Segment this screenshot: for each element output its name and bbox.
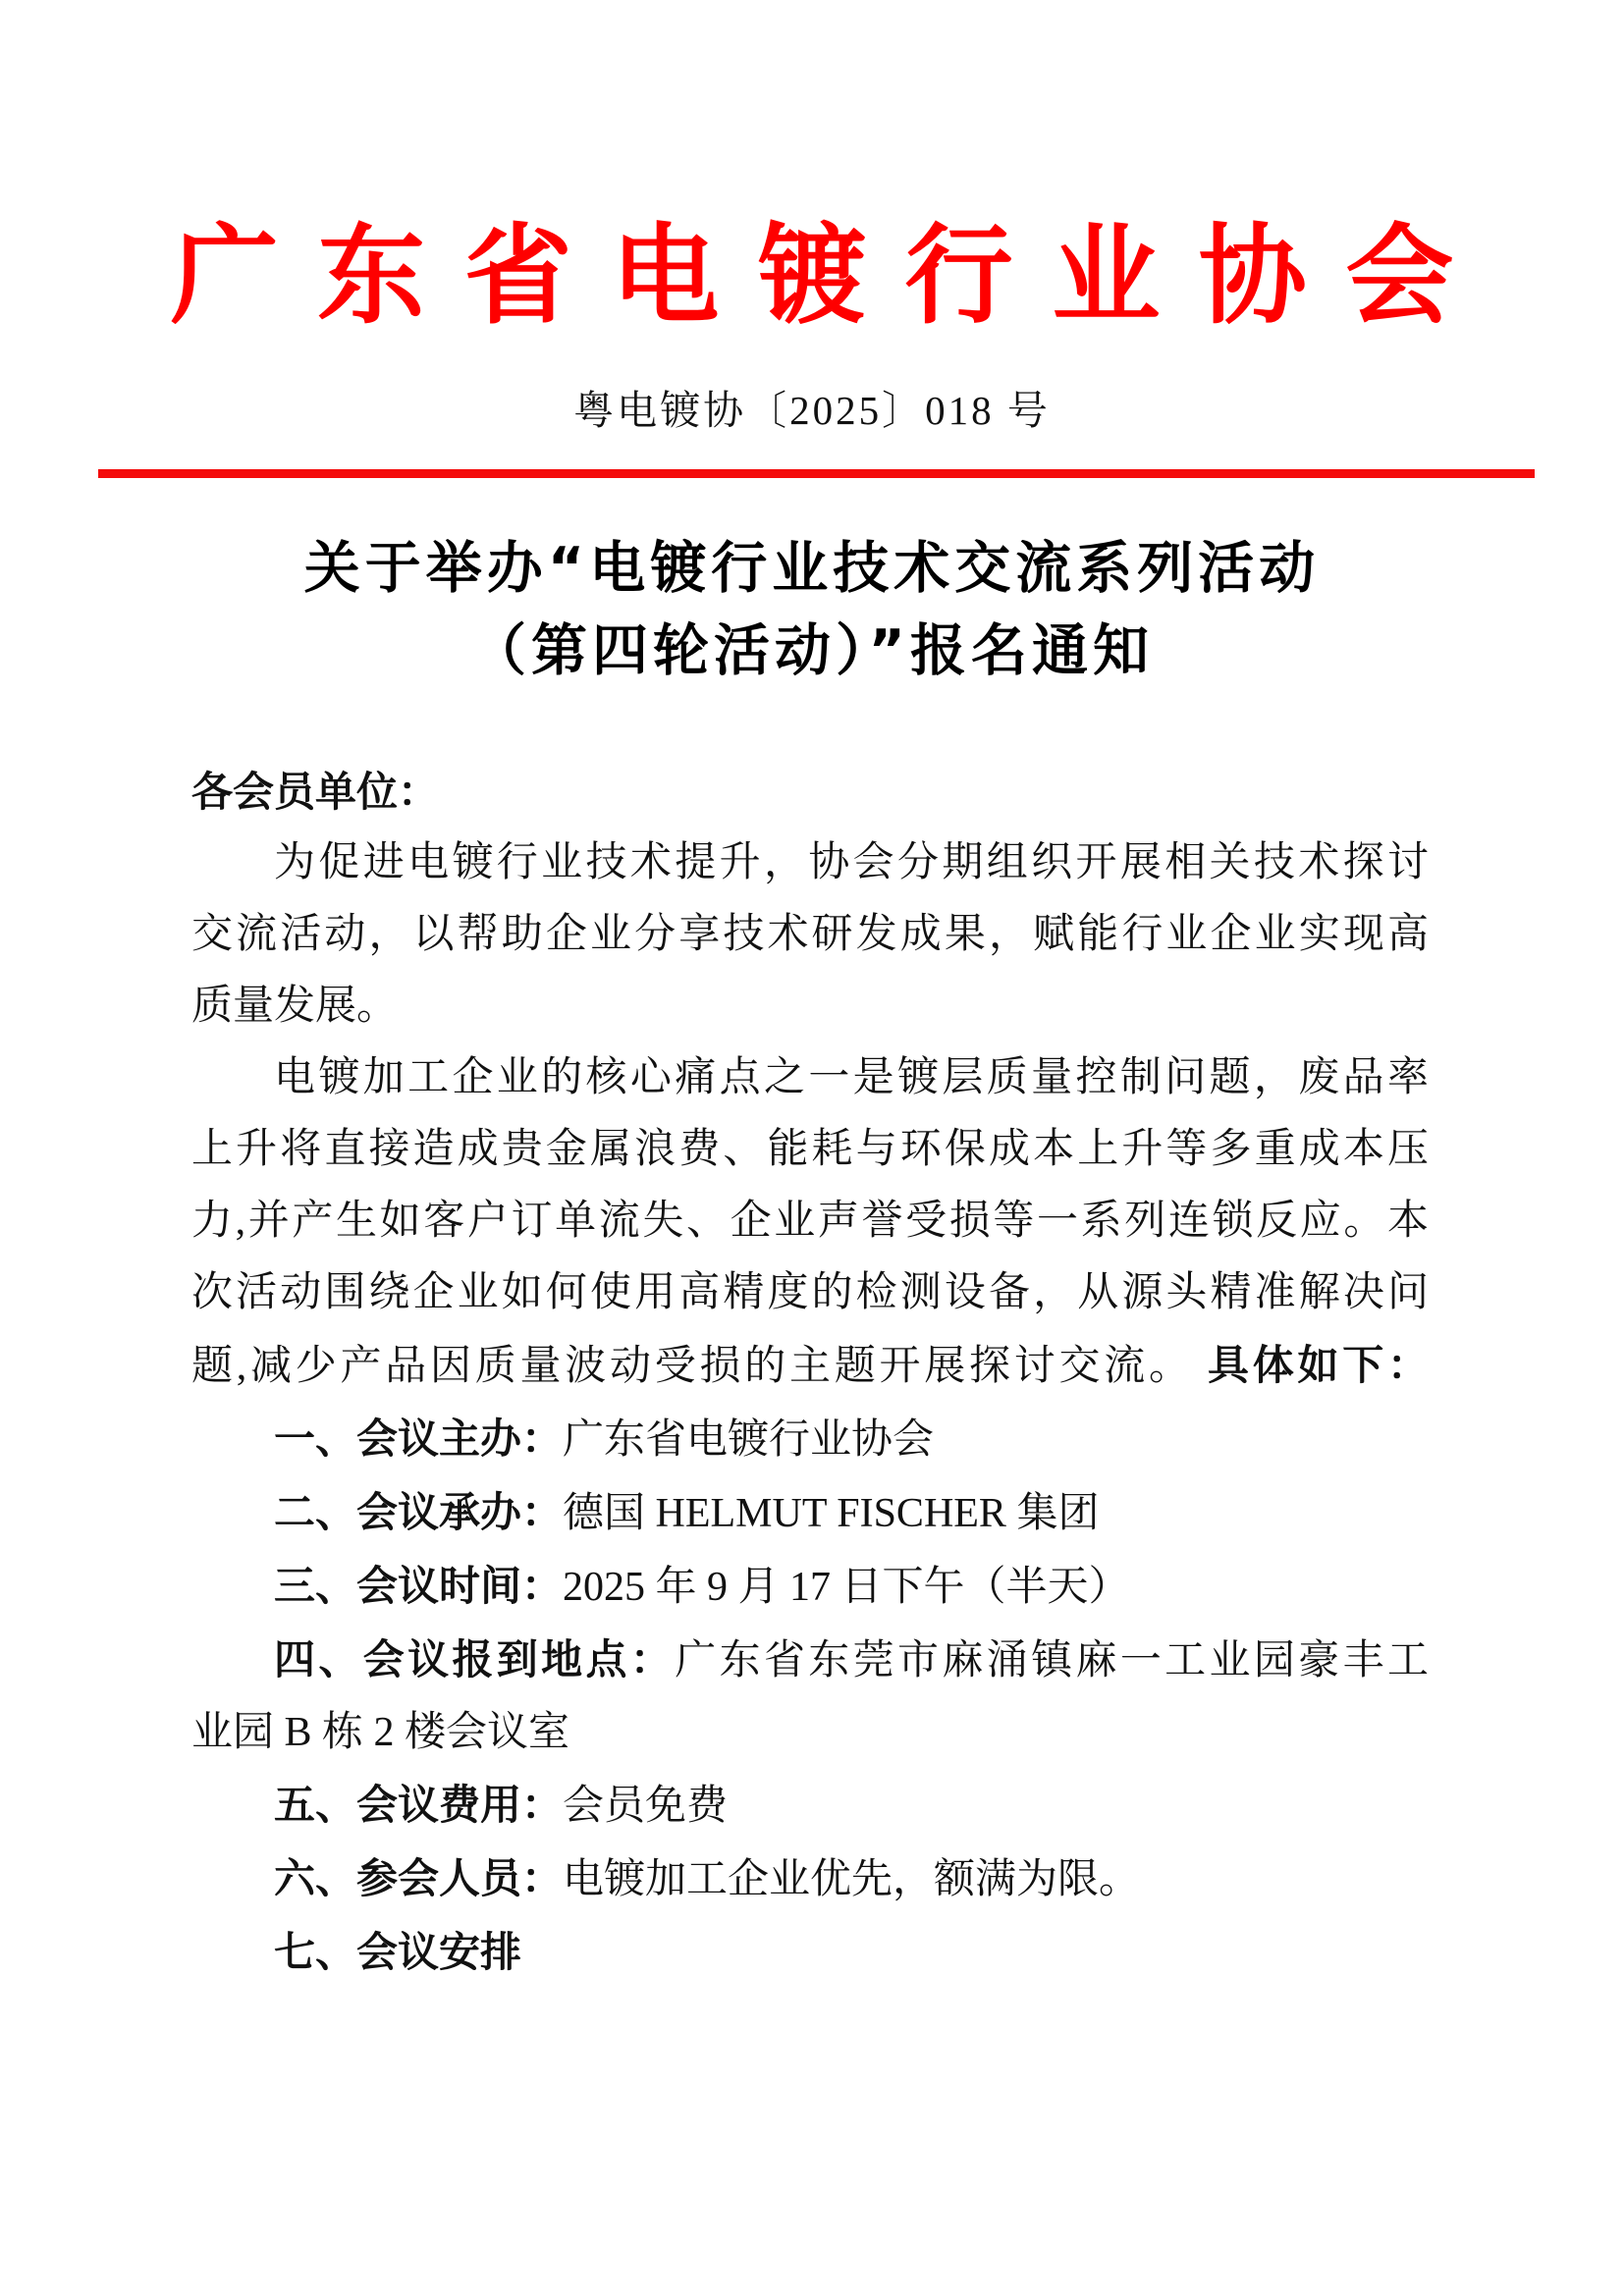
list-item-7-label: 七、会议安排	[274, 1928, 521, 1976]
paragraph-2-line-2: 上升将直接造成贵金属浪费、能耗与环保成本上升等多重成本压	[191, 1114, 1429, 1186]
paragraph-2-line-4: 次活动围绕企业如何使用高精度的检测设备，从源头精准解决问	[191, 1257, 1429, 1329]
list-item-1-label: 一、会议主办：	[274, 1415, 563, 1463]
emphasis-text: 具体如下：	[1208, 1341, 1429, 1389]
list-item-4-text: 广东省东莞市麻涌镇麻一工业园豪丰工	[675, 1638, 1429, 1683]
list-item-3: 三、会议时间：2025 年 9 月 17 日下午（半天）	[191, 1550, 1429, 1624]
paragraph-1-line-3: 质量发展。	[191, 971, 1429, 1042]
list-item-1-text: 广东省电镀行业协会	[563, 1417, 934, 1463]
doc-title-line-1: 关于举办“电镀行业技术交流系列活动	[0, 527, 1624, 610]
list-item-5: 五、会议费用：会员免费	[191, 1769, 1429, 1842]
red-divider-rule	[98, 469, 1535, 478]
list-item-4-continuation: 业园 B 栋 2 楼会议室	[191, 1697, 1429, 1769]
list-item-1: 一、会议主办：广东省电镀行业协会	[191, 1403, 1429, 1476]
doc-number: 粤电镀协〔2025〕018 号	[0, 385, 1624, 436]
paragraph-2-line-5-text: 题,减少产品因质量波动受损的主题开展探讨交流。	[191, 1344, 1194, 1389]
doc-title: 关于举办“电镀行业技术交流系列活动 （第四轮活动）”报名通知	[0, 527, 1624, 692]
paragraph-2-line-1: 电镀加工企业的核心痛点之一是镀层质量控制问题，废品率	[191, 1042, 1429, 1114]
list-item-5-label: 五、会议费用：	[274, 1781, 563, 1829]
paragraph-1-line-2: 交流活动，以帮助企业分享技术研发成果，赋能行业企业实现高	[191, 899, 1429, 971]
list-item-6: 六、参会人员：电镀加工企业优先，额满为限。	[191, 1842, 1429, 1916]
paragraph-2-line-3: 力,并产生如客户订单流失、企业声誉受损等一系列连锁反应。本	[191, 1186, 1429, 1257]
list-item-3-label: 三、会议时间：	[274, 1562, 563, 1610]
doc-title-line-2: （第四轮活动）”报名通知	[0, 610, 1624, 692]
list-item-2: 二、会议承办：德国 HELMUT FISCHER 集团	[191, 1476, 1429, 1550]
list-item-6-text: 电镀加工企业优先，额满为限。	[563, 1857, 1140, 1902]
list-item-3-text: 2025 年 9 月 17 日下午（半天）	[563, 1565, 1130, 1610]
org-title: 广东省电镀行业协会	[0, 218, 1624, 336]
list-item-4-label: 四、会议报到地点：	[274, 1635, 675, 1683]
document-page: 广东省电镀行业协会 粤电镀协〔2025〕018 号 关于举办“电镀行业技术交流系…	[0, 0, 1624, 2296]
paragraph-2-line-5: 题,减少产品因质量波动受损的主题开展探讨交流。 具体如下：	[191, 1329, 1429, 1403]
salutation: 各会员单位：	[191, 756, 1429, 828]
list-item-4: 四、会议报到地点：广东省东莞市麻涌镇麻一工业园豪丰工	[191, 1624, 1429, 1697]
paragraph-1-line-1: 为促进电镀行业技术提升，协会分期组织开展相关技术探讨	[191, 828, 1429, 899]
list-item-5-text: 会员免费	[563, 1784, 728, 1829]
list-item-6-label: 六、参会人员：	[274, 1854, 563, 1902]
document-body: 各会员单位： 为促进电镀行业技术提升，协会分期组织开展相关技术探讨 交流活动，以…	[191, 756, 1429, 1990]
list-item-2-label: 二、会议承办：	[274, 1488, 563, 1536]
list-item-7: 七、会议安排	[191, 1916, 1429, 1990]
list-item-2-text: 德国 HELMUT FISCHER 集团	[563, 1491, 1099, 1536]
